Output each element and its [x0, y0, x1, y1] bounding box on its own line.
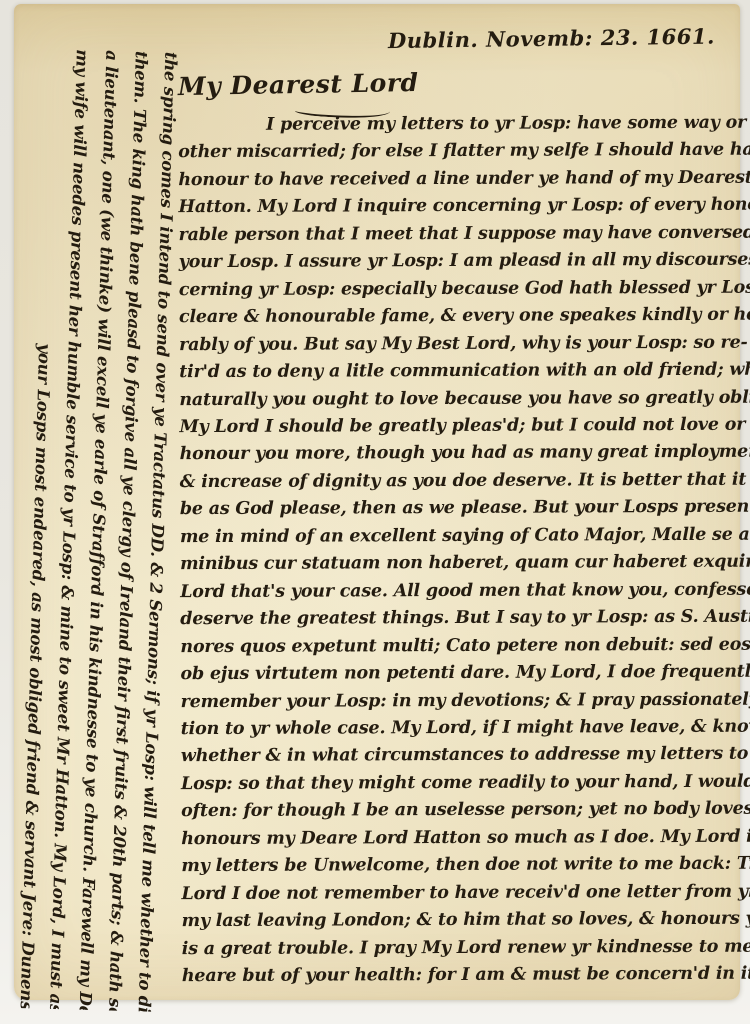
body-line: rably of you. But say My Best Lord, why …	[179, 329, 713, 359]
letter-margin-text: the spring comes I intend to send over y…	[9, 48, 186, 1012]
body-line: me in mind of an excellent saying of Cat…	[180, 522, 714, 552]
body-line: minibus cur statuam non haberet, quam cu…	[180, 549, 714, 579]
letter-body: I perceive my letters to yr Losp: have s…	[178, 110, 716, 994]
body-line: honours my Deare Lord Hatton so much as …	[181, 824, 715, 854]
body-line: cleare & honourable fame, & every one sp…	[179, 302, 713, 332]
body-line: Lord I doe not remember to have receiv'd…	[181, 879, 715, 909]
body-line: & increase of dignity as you doe deserve…	[180, 467, 714, 497]
body-line: my last leaving London; & to him that so…	[182, 906, 716, 936]
body-line: tion to yr whole case. My Lord, if I mig…	[181, 714, 715, 744]
body-line: tir'd as to deny a litle communication w…	[179, 357, 713, 387]
body-line: cerning yr Losp: especially because God …	[179, 275, 713, 305]
body-line: remember your Losp: in my devotions; & I…	[181, 686, 715, 716]
body-line: honour you more, though you had as many …	[180, 439, 714, 469]
letter-dateline: Dublin. Novemb: 23. 1661.	[388, 24, 688, 53]
body-line: naturally you ought to love because you …	[179, 384, 713, 414]
body-line: my letters be Unwelcome, then doe not wr…	[181, 851, 715, 881]
body-line: whether & in what circumstances to addre…	[181, 741, 715, 771]
body-line: other miscarried; for else I flatter my …	[178, 137, 712, 167]
body-line: Hatton. My Lord I inquire concerning yr …	[178, 192, 712, 222]
body-line: nores quos expetunt multi; Cato petere n…	[180, 631, 714, 661]
letter-scan: { "letter": { "dateline": "Dublin. Novem…	[0, 0, 750, 1024]
body-line: rable person that I meet that I suppose …	[179, 220, 713, 250]
body-line: your Losp. I assure yr Losp: I am pleasd…	[179, 247, 713, 277]
body-line: Losp: so that they might come readily to…	[181, 769, 715, 799]
body-line: My Lord I should be greatly pleas'd; but…	[179, 412, 713, 442]
body-line: be as God please, then as we please. But…	[180, 494, 714, 524]
body-line: often: for though I be an uselesse perso…	[181, 796, 715, 826]
letter-salutation: My Dearest Lord	[178, 68, 419, 101]
body-line: is a great trouble. I pray My Lord renew…	[182, 933, 716, 963]
body-line: deserve the greatest things. But I say t…	[180, 604, 714, 634]
body-line: honour to have received a line under ye …	[178, 165, 712, 195]
body-line: heare but of your health: for I am & mus…	[182, 961, 716, 991]
body-line: Lord that's your case. All good men that…	[180, 577, 714, 607]
body-line: ob ejus virtutem non petenti dare. My Lo…	[180, 659, 714, 689]
body-line: I perceive my letters to yr Losp: have s…	[178, 110, 712, 140]
